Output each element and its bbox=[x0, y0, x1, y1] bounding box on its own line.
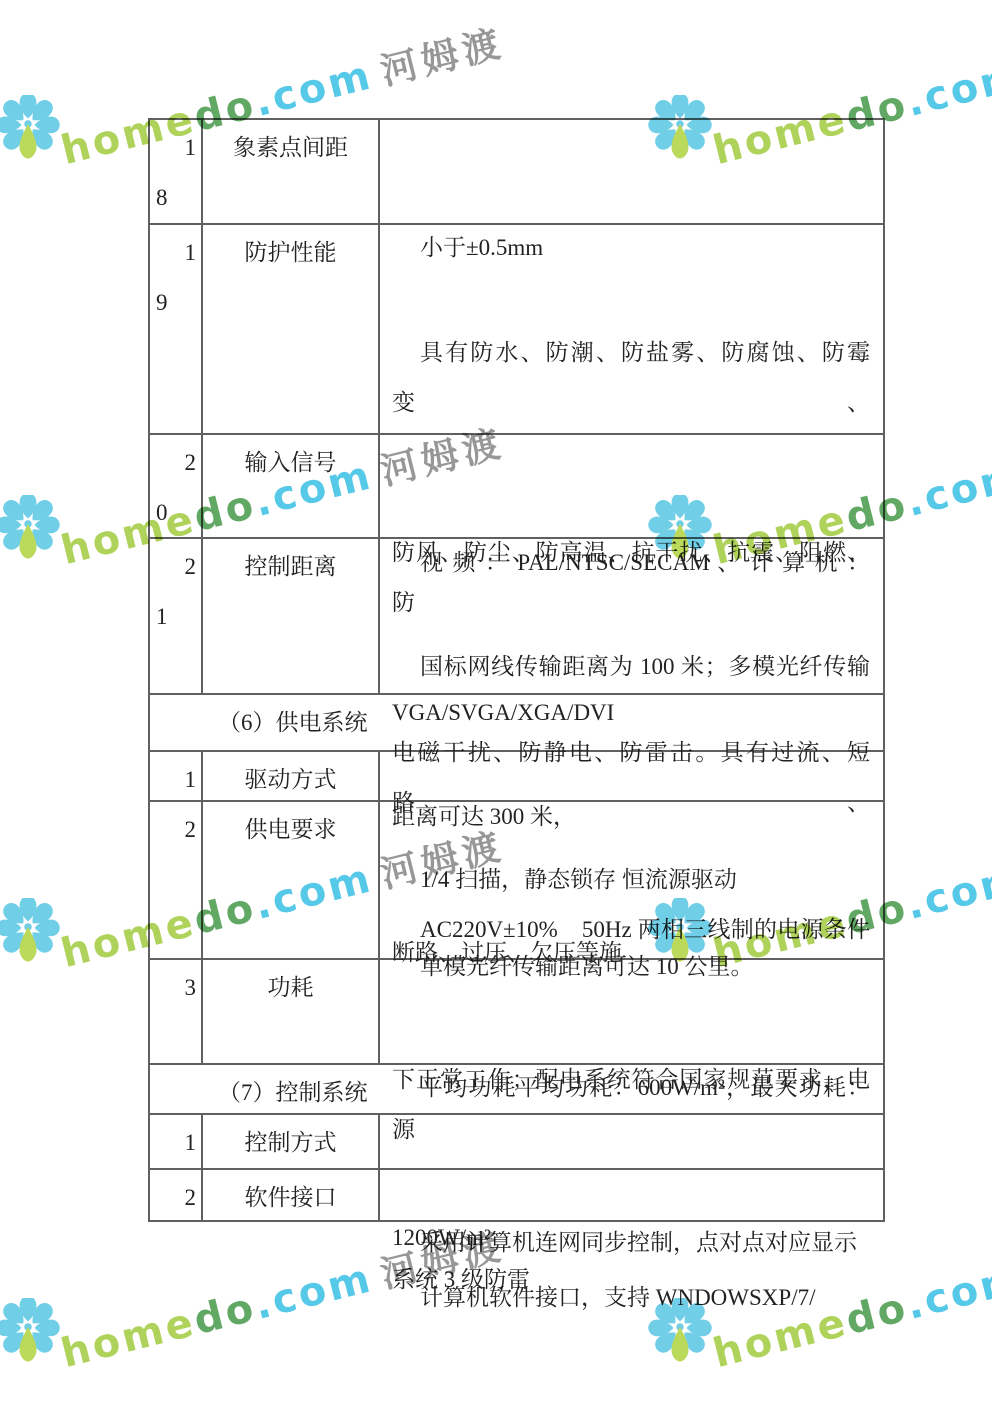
table-row: 2 软件接口 计算机软件接口，支持 WNDOWSXP/7/ bbox=[150, 1168, 883, 1220]
row-number-cell: 1 8 bbox=[150, 120, 203, 223]
value-line: 计算机软件接口，支持 WNDOWSXP/7/ bbox=[392, 1273, 870, 1323]
watermark-com: .com bbox=[902, 52, 992, 126]
homedo-flower-icon bbox=[0, 495, 60, 579]
spec-name-cell: 防护性能 bbox=[203, 225, 380, 433]
section-header-row: （7）控制系统 bbox=[150, 1063, 883, 1113]
spec-name-cell: 功耗 bbox=[203, 960, 380, 1063]
homedo-flower-icon bbox=[0, 898, 60, 982]
section-header-row: （6）供电系统 bbox=[150, 693, 883, 750]
value-line: 具有防水、防潮、防盐雾、防腐蚀、防霉变、 bbox=[392, 328, 870, 428]
row-number-digit: 8 bbox=[150, 173, 201, 223]
table-row: 1 驱动方式 1/4 扫描，静态锁存 恒流源驱动 bbox=[150, 750, 883, 800]
spec-name-cell: 供电要求 bbox=[203, 802, 380, 958]
spec-value-cell: 具有防水、防潮、防盐雾、防腐蚀、防霉变、 防风、防尘、防高温、抗干扰、抗震、阻燃… bbox=[380, 225, 883, 433]
watermark-com: .com bbox=[902, 1255, 992, 1329]
row-number-digit: 1 bbox=[150, 123, 201, 173]
watermark-com: .com bbox=[250, 52, 378, 126]
row-number-digit: 3 bbox=[150, 963, 201, 1013]
spec-name-cell: 控制距离 bbox=[203, 539, 380, 693]
homedo-flower-icon bbox=[0, 1298, 60, 1382]
table-row: 1 8 象素点间距 小于±0.5mm bbox=[150, 120, 883, 223]
row-number-cell: 1 9 bbox=[150, 225, 203, 433]
row-number-cell: 2 0 bbox=[150, 435, 203, 537]
row-number-cell: 2 1 bbox=[150, 539, 203, 693]
section-title: （7）控制系统 bbox=[150, 1065, 883, 1113]
table-row: 2 供电要求 AC220V±10% 50Hz 两相三线制的电源条件 下正常工作；… bbox=[150, 800, 883, 958]
spec-name-cell: 驱动方式 bbox=[203, 752, 380, 800]
spec-value-cell: 采用计算机连网同步控制，点对点对应显示 bbox=[380, 1115, 883, 1168]
watermark-com: .com bbox=[250, 1255, 378, 1329]
row-number-digit: 0 bbox=[150, 488, 201, 538]
watermark-cn: 河姆渡 bbox=[376, 21, 509, 93]
spec-value-cell: 计算机软件接口，支持 WNDOWSXP/7/ bbox=[380, 1170, 883, 1220]
table-row: 1 9 防护性能 具有防水、防潮、防盐雾、防腐蚀、防霉变、 防风、防尘、防高温、… bbox=[150, 223, 883, 433]
watermark-home: home bbox=[57, 1299, 201, 1377]
table-row: 2 0 输入信号 视 频 ： PAL/NTSC/SECAM 、 计 算 机 ： … bbox=[150, 433, 883, 537]
row-number-cell: 1 bbox=[150, 752, 203, 800]
table-row: 3 功耗 平均功耗平均功耗：600W/m²，最大功耗： 1200W/m² bbox=[150, 958, 883, 1063]
row-number-cell: 2 bbox=[150, 1170, 203, 1220]
value-line: AC220V±10% 50Hz 两相三线制的电源条件 bbox=[392, 905, 870, 955]
row-number-digit: 2 bbox=[150, 542, 201, 592]
spec-name-cell: 象素点间距 bbox=[203, 120, 380, 223]
row-number-digit: 2 bbox=[150, 438, 201, 488]
row-number-cell: 1 bbox=[150, 1115, 203, 1168]
value-line: 国标网线传输距离为 100 米；多模光纤传输 bbox=[392, 642, 870, 692]
table-row: 2 1 控制距离 国标网线传输距离为 100 米；多模光纤传输 距离可达 300… bbox=[150, 537, 883, 693]
spec-value-cell: 小于±0.5mm bbox=[380, 120, 883, 223]
spec-name-cell: 输入信号 bbox=[203, 435, 380, 537]
row-number-digit: 2 bbox=[150, 805, 201, 855]
table-row: 1 控制方式 采用计算机连网同步控制，点对点对应显示 bbox=[150, 1113, 883, 1168]
spec-value-cell: 1/4 扫描，静态锁存 恒流源驱动 bbox=[380, 752, 883, 800]
row-number-digit: 1 bbox=[150, 755, 201, 805]
row-number-digit: 2 bbox=[150, 1173, 201, 1223]
spec-value-cell: 平均功耗平均功耗：600W/m²，最大功耗： 1200W/m² bbox=[380, 960, 883, 1063]
spec-name-cell: 控制方式 bbox=[203, 1115, 380, 1168]
homedo-flower-icon bbox=[0, 95, 60, 179]
watermark-com: .com bbox=[902, 855, 992, 929]
spec-value-cell: 国标网线传输距离为 100 米；多模光纤传输 距离可达 300 米， 单模光纤传… bbox=[380, 539, 883, 693]
spec-value-cell: AC220V±10% 50Hz 两相三线制的电源条件 下正常工作；配电系统符合国… bbox=[380, 802, 883, 958]
spec-value-cell: 视 频 ： PAL/NTSC/SECAM 、 计 算 机 ： VGA/SVGA/… bbox=[380, 435, 883, 537]
watermark-do: do bbox=[189, 1284, 260, 1344]
row-number-digit: 1 bbox=[150, 592, 201, 642]
document-page: 1 8 象素点间距 小于±0.5mm 1 9 防护性能 具有防水、防潮、防盐雾、… bbox=[0, 0, 992, 1403]
row-number-digit: 9 bbox=[150, 278, 201, 328]
row-number-digit: 1 bbox=[150, 228, 201, 278]
row-number-cell: 2 bbox=[150, 802, 203, 958]
row-number-digit: 1 bbox=[150, 1118, 201, 1168]
spec-name-cell: 软件接口 bbox=[203, 1170, 380, 1220]
watermark-com: .com bbox=[902, 452, 992, 526]
row-number-cell: 3 bbox=[150, 960, 203, 1063]
spec-table: 1 8 象素点间距 小于±0.5mm 1 9 防护性能 具有防水、防潮、防盐雾、… bbox=[148, 118, 885, 1222]
section-title: （6）供电系统 bbox=[150, 695, 883, 750]
